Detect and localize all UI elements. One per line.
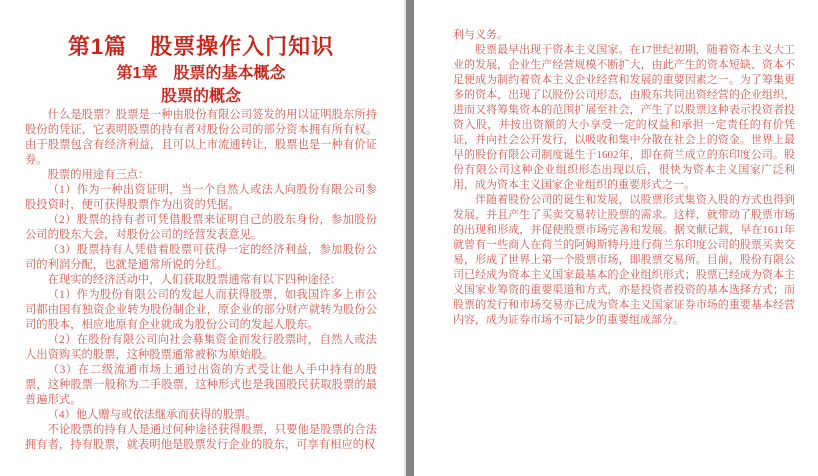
- chapter-title: 第1章 股票的基本概念: [25, 65, 377, 83]
- paragraph: 股票的用途有三点：: [25, 168, 377, 183]
- paragraph: （2）在股份有限公司向社会募集资金而发行股票时，自然人或法人出资购买的股票，这种…: [25, 333, 377, 363]
- paragraph: 什么是股票？股票是一种由股份有限公司签发的用以证明股东所持股份的凭证，它表明股票…: [25, 108, 377, 168]
- paragraph: （1）作为一种出资证明，当一个自然人或法人向股份有限公司参股投资时，便可获得股票…: [25, 183, 377, 213]
- paragraph: （4）他人赠与或依法继承而获得的股票。: [25, 408, 377, 423]
- right-page: 利与义务。股票最早出现于资本主义国家。在17世纪初期，随着资本主义大工业的发展，…: [453, 0, 795, 328]
- page-divider: [404, 0, 414, 476]
- left-page: 第1篇 股票操作入门知识 第1章 股票的基本概念 股票的概念 什么是股票？股票是…: [25, 0, 377, 453]
- paragraph: 在现实的经济活动中，人们获取股票通常有以下四种途径：: [25, 273, 377, 288]
- paragraph: （3）股票持有人凭借着股票可获得一定的经济利益，参加股份公司的利润分配，也就是通…: [25, 243, 377, 273]
- paragraph: 股票最早出现于资本主义国家。在17世纪初期，随着资本主义大工业的发展，企业生产经…: [453, 43, 795, 193]
- book-spread: 第1篇 股票操作入门知识 第1章 股票的基本概念 股票的概念 什么是股票？股票是…: [0, 0, 818, 476]
- paragraph: 利与义务。: [453, 28, 795, 43]
- paragraph: 伴随着股份公司的诞生和发展，以股票形式集资入股的方式也得到发展，并且产生了买卖交…: [453, 193, 795, 328]
- section-title: 股票的概念: [25, 88, 377, 105]
- paragraph: （3）在二级流通市场上通过出资的方式受让他人手中持有的股票，这种股票一般称为二手…: [25, 363, 377, 408]
- left-page-text: 什么是股票？股票是一种由股份有限公司签发的用以证明股东所持股份的凭证，它表明股票…: [25, 108, 377, 453]
- paragraph: （1）作为股份有限公司的发起人而获得股票，如我国许多上市公司都由国有独资企业转为…: [25, 288, 377, 333]
- paragraph: 不论股票的持有人是通过何种途径获得股票，只要他是股票的合法拥有者，持有股票，就表…: [25, 423, 377, 453]
- right-page-text: 利与义务。股票最早出现于资本主义国家。在17世纪初期，随着资本主义大工业的发展，…: [453, 28, 795, 328]
- part-title: 第1篇 股票操作入门知识: [25, 35, 377, 59]
- paragraph: （2）股票的持有者可凭借股票来证明自己的股东身份，参加股份公司的股东大会，对股份…: [25, 213, 377, 243]
